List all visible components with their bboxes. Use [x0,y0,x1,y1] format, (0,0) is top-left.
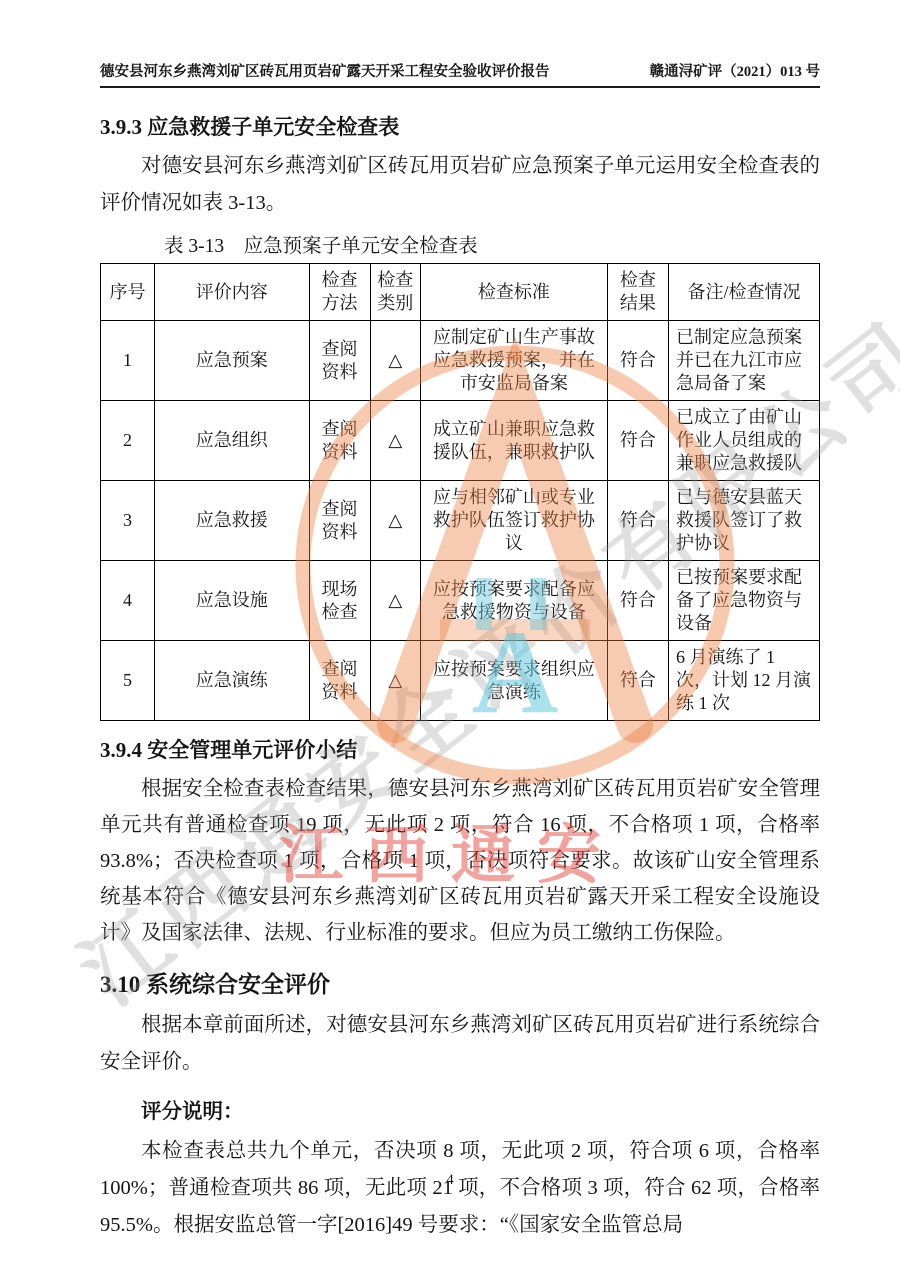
cell-category: △ [370,321,420,401]
cell-category: △ [370,401,420,481]
emergency-check-table: 序号 评价内容 检查方法 检查类别 检查标准 检查结果 备注/检查情况 1 应急… [100,263,820,721]
section-310-heading: 3.10 系统综合安全评价 [100,969,820,1001]
table-row: 4 应急设施 现场检查 △ 应按预案要求配备应急救援物资与设备 符合 已按预案要… [101,561,820,641]
cell-content: 应急演练 [154,641,309,721]
section-393-paragraph: 对德安县河东乡燕湾刘矿区砖瓦用页岩矿应急预案子单元运用安全检查表的评价情况如表 … [100,148,820,222]
cell-index: 1 [101,321,155,401]
cell-remark: 已成立了由矿山作业人员组成的兼职应急救援队 [668,401,819,481]
col-header-result: 检查结果 [607,264,668,321]
table-row: 1 应急预案 查阅资料 △ 应制定矿山生产事故应急救援预案，并在市安监局备案 符… [101,321,820,401]
cell-remark: 已制定应急预案并已在九江市应急局备了案 [668,321,819,401]
cell-method: 查阅资料 [309,321,370,401]
cell-standard: 应制定矿山生产事故应急救援预案，并在市安监局备案 [420,321,607,401]
cell-standard: 应按预案要求配备应急救援物资与设备 [420,561,607,641]
cell-result: 符合 [607,401,668,481]
table-row: 5 应急演练 查阅资料 △ 应按预案要求组织应急演练 符合 6 月演练了 1 次… [101,641,820,721]
document-page: 江西通安全评价有限公司 A 江西通安 德安县河东乡燕湾刘矿区砖瓦用页岩矿露天开采… [0,0,900,1272]
page-content: 德安县河东乡燕湾刘矿区砖瓦用页岩矿露天开采工程安全验收评价报告 赣通浔矿评（20… [100,60,820,1244]
cell-index: 5 [101,641,155,721]
section-393-heading: 3.9.3 应急救援子单元安全检查表 [100,112,820,142]
cell-standard: 应与相邻矿山或专业救护队伍签订救护协议 [420,481,607,561]
col-header-remark: 备注/检查情况 [668,264,819,321]
score-note-label: 评分说明： [100,1097,820,1127]
cell-category: △ [370,481,420,561]
cell-method: 查阅资料 [309,641,370,721]
cell-content: 应急救援 [154,481,309,561]
section-394-heading: 3.9.4 安全管理单元评价小结 [100,735,820,765]
table-caption: 表 3-13 应急预案子单元安全检查表 [164,230,820,258]
cell-remark: 已按预案要求配备了应急物资与设备 [668,561,819,641]
cell-remark: 6 月演练了 1 次，计划 12 月演练 1 次 [668,641,819,721]
cell-method: 查阅资料 [309,401,370,481]
col-header-standard: 检查标准 [420,264,607,321]
cell-category: △ [370,641,420,721]
cell-index: 2 [101,401,155,481]
cell-index: 4 [101,561,155,641]
page-number: 4 [0,1172,900,1189]
table-header-row: 序号 评价内容 检查方法 检查类别 检查标准 检查结果 备注/检查情况 [101,264,820,321]
running-header: 德安县河东乡燕湾刘矿区砖瓦用页岩矿露天开采工程安全验收评价报告 赣通浔矿评（20… [100,60,820,88]
cell-content: 应急预案 [154,321,309,401]
cell-standard: 应按预案要求组织应急演练 [420,641,607,721]
cell-content: 应急组织 [154,401,309,481]
col-header-content: 评价内容 [154,264,309,321]
cell-result: 符合 [607,641,668,721]
table-row: 3 应急救援 查阅资料 △ 应与相邻矿山或专业救护队伍签订救护协议 符合 已与德… [101,481,820,561]
cell-result: 符合 [607,561,668,641]
header-doc-number: 赣通浔矿评（2021）013 号 [650,60,820,81]
cell-category: △ [370,561,420,641]
cell-result: 符合 [607,481,668,561]
cell-method: 查阅资料 [309,481,370,561]
col-header-index: 序号 [101,264,155,321]
col-header-method: 检查方法 [309,264,370,321]
cell-method: 现场检查 [309,561,370,641]
cell-content: 应急设施 [154,561,309,641]
col-header-category: 检查类别 [370,264,420,321]
cell-index: 3 [101,481,155,561]
cell-standard: 成立矿山兼职应急救援队伍，兼职救护队 [420,401,607,481]
section-394-paragraph: 根据安全检查表检查结果，德安县河东乡燕湾刘矿区砖瓦用页岩矿安全管理单元共有普通检… [100,771,820,951]
table-row: 2 应急组织 查阅资料 △ 成立矿山兼职应急救援队伍，兼职救护队 符合 已成立了… [101,401,820,481]
header-report-title: 德安县河东乡燕湾刘矿区砖瓦用页岩矿露天开采工程安全验收评价报告 [100,60,550,81]
section-310-paragraph: 根据本章前面所述，对德安县河东乡燕湾刘矿区砖瓦用页岩矿进行系统综合安全评价。 [100,1007,820,1081]
cell-remark: 已与德安县蓝天救援队签订了救护协议 [668,481,819,561]
cell-result: 符合 [607,321,668,401]
